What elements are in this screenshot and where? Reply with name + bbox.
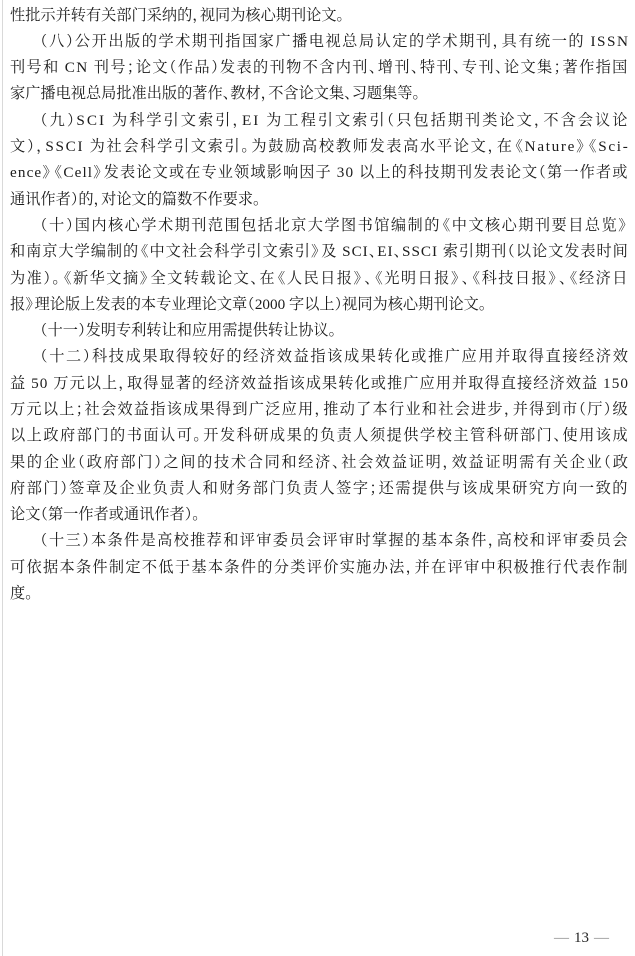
text-line: （十）国内核心学术期刊范围包括北京大学图书馆编制的《中文核心期刊要目总览》 [10, 212, 628, 238]
text-line: 报》理论版上发表的本专业理论文章（2000 字以上）视同为核心期刊论文。 [10, 291, 628, 317]
text-block: 性批示并转有关部门采纳的，视同为核心期刊论文。（八）公开出版的学术期刊指国家广播… [10, 2, 628, 607]
text-line: 益 50 万元以上，取得显著的经济效益指该成果转化或推广应用并取得直接经济效益 … [10, 370, 628, 396]
text-line: 通讯作者）的，对论文的篇数不作要求。 [10, 186, 628, 212]
text-line: （九）SCI 为科学引文索引，EI 为工程引文索引（只包括期刊类论文，不含会议论 [10, 107, 628, 133]
text-line: （十一）发明专利转让和应用需提供转让协议。 [10, 318, 628, 344]
page-footer: — 13 — [554, 930, 609, 947]
text-line: 文），SSCI 为社会科学引文索引。为鼓励高校教师发表高水平论文，在《Natur… [10, 133, 628, 159]
text-line: 和南京大学编制的《中文社会科学引文索引》及 SCI、EI、SSCI 索引期刊（以… [10, 239, 628, 265]
text-line: （十三）本条件是高校推荐和评审委员会评审时掌握的基本条件，高校和评审委员会 [10, 528, 628, 554]
text-line: ence》《Cell》发表论文或在专业领域影响因子 30 以上的科技期刊发表论文… [10, 160, 628, 186]
footer-dash-left: — [554, 930, 569, 947]
text-line: 刊号和 CN 刊号；论文（作品）发表的刊物不含内刊、增刊、特刊、专刊、论文集；著… [10, 55, 628, 81]
text-line: 论文（第一作者或通讯作者）。 [10, 502, 628, 528]
text-line: 性批示并转有关部门采纳的，视同为核心期刊论文。 [10, 2, 628, 28]
text-line: 度。 [10, 581, 628, 607]
text-line: 府部门）签章及企业负责人和财务部门负责人签字；还需提供与该成果研究方向一致的 [10, 475, 628, 501]
text-line: 为准）。《新华文摘》全文转载论文、在《人民日报》、《光明日报》、《科技日报》、《… [10, 265, 628, 291]
text-line: 以上政府部门的书面认可。开发科研成果的负责人须提供学校主管科研部门、使用该成 [10, 423, 628, 449]
text-line: 万元以上；社会效益指该成果得到广泛应用，推动了本行业和社会进步，并得到市（厅）级 [10, 396, 628, 422]
footer-dash-right: — [594, 930, 609, 947]
text-line: 家广播电视总局批准出版的著作、教材，不含论文集、习题集等。 [10, 81, 628, 107]
text-line: 果的企业（政府部门）之间的技术合同和经济、社会效益证明，效益证明需有关企业（政 [10, 449, 628, 475]
text-line: （八）公开出版的学术期刊指国家广播电视总局认定的学术期刊，具有统一的 ISSN [10, 28, 628, 54]
text-line: （十二）科技成果取得较好的经济效益指该成果转化或推广应用并取得直接经济效 [10, 344, 628, 370]
page-number: 13 [574, 930, 589, 947]
text-line: 可依据本条件制定不低于基本条件的分类评价实施办法，并在评审中积极推行代表作制 [10, 554, 628, 580]
scan-edge-line [2, 0, 3, 956]
